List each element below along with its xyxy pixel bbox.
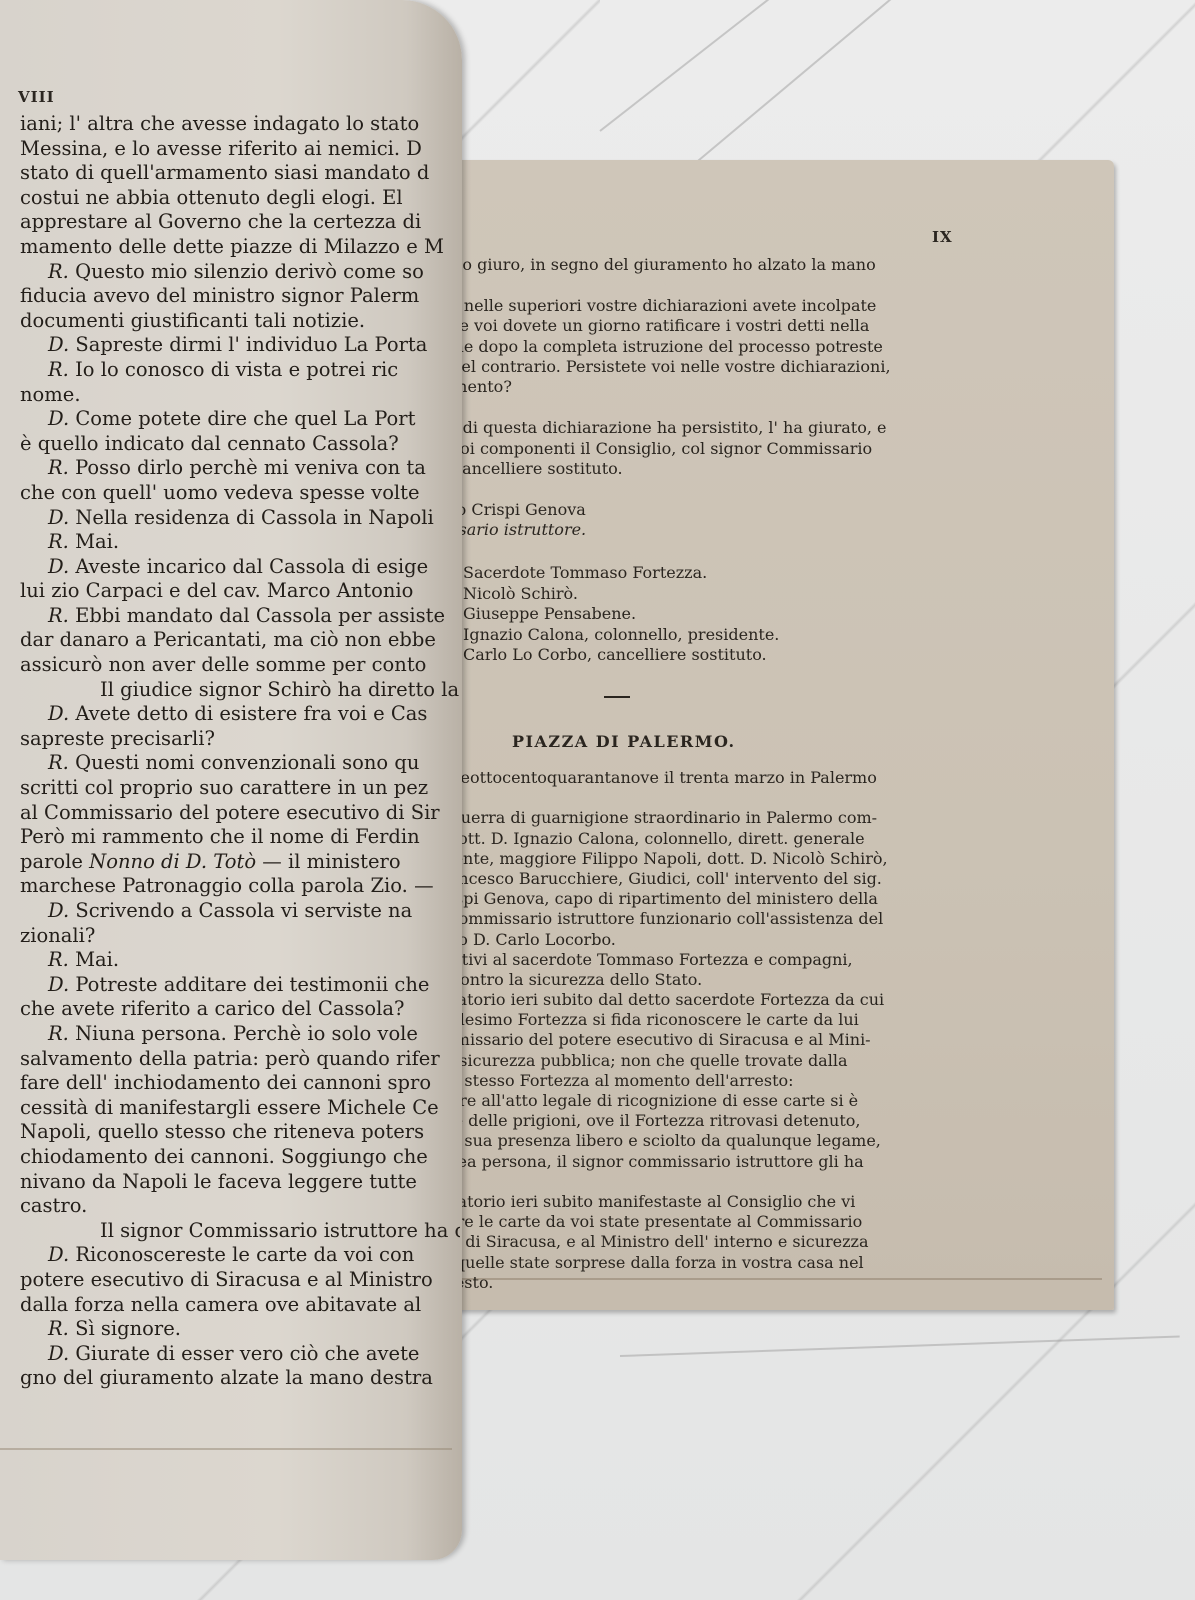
text-line: alla sua presenza libero e sciolto da qu… (430, 1131, 950, 1151)
text-line: castro. (20, 1194, 460, 1219)
page-number-left: VIII (18, 88, 55, 106)
section-heading: PIAZZA DI PALERMO. (512, 732, 736, 751)
signature-list: Sacerdote Tommaso Fortezza.Nicolò Schirò… (463, 563, 779, 666)
text-line: è quello indicato dal cennato Cassola? (20, 432, 460, 457)
text-line: ri dott. D. Ignazio Calona, colonnello, … (430, 829, 950, 849)
text-line: D. Potreste additare dei testimonii che (20, 973, 460, 998)
text-line: Messina, e lo avesse riferito ai nemici.… (20, 137, 460, 162)
text-line: D. Come potete dire che quel La Port (20, 407, 460, 432)
page-edge (0, 1448, 452, 1450)
text-line: R. Questi nomi convenzionali sono qu (20, 751, 460, 776)
text-line: D. Sapreste dirmi l' individuo La Porta (20, 333, 460, 358)
text-line: R. Mai. (20, 948, 460, 973)
text-line: al Commissario del potere esecutivo di S… (20, 801, 460, 826)
text-line (430, 788, 950, 808)
text-line: D. Scrivendo a Cassola vi serviste na (20, 899, 460, 924)
text-line: stato di quell'armamento siasi mandato d (20, 161, 460, 186)
right-page-text-block-1: re, lo giuro, in segno del giuramento ho… (430, 255, 950, 540)
text-line: ol Cancelliere sostituto. (430, 459, 950, 479)
text-line: rogatorio ieri subito manifestaste al Co… (430, 1192, 950, 1212)
right-page-text-block-2: milleottocentoquarantanove il trenta mar… (430, 768, 950, 1293)
text-line: Il signor Commissario istruttore ha di (20, 1219, 460, 1244)
text-line: medesimo Fortezza si fida riconoscere le… (430, 1010, 950, 1030)
section-divider (604, 696, 630, 698)
text-line: esco Crispi Genova (430, 500, 950, 520)
text-line: D. Riconoscereste le carte da voi con (20, 1243, 460, 1268)
text-line: Ignazio Calona, colonnello, presidente. (463, 625, 779, 646)
text-line: assicurò non aver delle somme per conto (20, 653, 460, 678)
text-line: che con quell' uomo vedeva spesse volte (20, 481, 460, 506)
text-line: relativi al sacerdote Tommaso Fortezza e… (430, 950, 950, 970)
text-line: dalla forza nella camera ove abitavate a… (20, 1293, 460, 1318)
text-line: arresto. (430, 1273, 950, 1293)
text-line: costui ne abbia ottenuto degli elogi. El (20, 186, 460, 211)
text-line: to del contrario. Persistete voi nelle v… (430, 357, 950, 377)
text-line: cessità di manifestargli essere Michele … (20, 1096, 460, 1121)
text-line: re. (430, 398, 950, 418)
text-line: he quelle state sorprese dalla forza in … (430, 1253, 950, 1273)
text-line: missario istruttore. (430, 520, 950, 540)
text-line: , che voi dovete un giorno ratificare i … (430, 316, 950, 336)
text-line: Carlo Lo Corbo, cancelliere sostituto. (463, 645, 779, 666)
text-line: potere esecutivo di Siracusa e al Minist… (20, 1268, 460, 1293)
text-line: ca e delle prigioni, ove il Fortezza rit… (430, 1111, 950, 1131)
text-line: Giuseppe Pensabene. (463, 604, 779, 625)
text-line: Però mi rammento che il nome di Ferdin (20, 825, 460, 850)
text-line: nome. (20, 383, 460, 408)
text-line: ello stesso Fortezza al momento dell'arr… (430, 1071, 950, 1091)
text-line: sidente, maggiore Filippo Napoli, dott. … (430, 849, 950, 869)
text-line: ommissario del potere esecutivo di Sirac… (430, 1030, 950, 1050)
text-line: zionali? (20, 924, 460, 949)
text-line: D. Avete detto di esistere fra voi e Cas (20, 702, 460, 727)
text-line: D. Nella residenza di Cassola in Napoli (20, 506, 460, 531)
text-line: gno del giuramento alzate la mano destra (20, 1366, 460, 1391)
text-line: tivo di Siracusa, e al Ministro dell' in… (430, 1232, 950, 1252)
text-line: Il giudice signor Schirò ha diretto la (20, 678, 460, 703)
text-line: nte (430, 1172, 950, 1192)
text-line: R. Posso dirlo perchè mi veniva con ta (20, 456, 460, 481)
text-line: che avete riferito a carico del Cassola? (20, 997, 460, 1022)
text-line: mamento delle dette piazze di Milazzo e … (20, 235, 460, 260)
text-line (430, 275, 950, 295)
text-line: chiodamento dei cannoni. Soggiungo che (20, 1145, 460, 1170)
text-line: D. Aveste incarico dal Cassola di esige (20, 555, 460, 580)
text-line: di guerra di guarnigione straordinario i… (430, 808, 950, 828)
text-line (430, 479, 950, 499)
left-page-text: iani; l' altra che avesse indagato lo st… (20, 112, 460, 1391)
text-line: R. Mai. (20, 530, 460, 555)
text-line: scere le carte da voi state presentate a… (430, 1212, 950, 1232)
text-line: ituto D. Carlo Locorbo. (430, 930, 950, 950)
text-line: dar danaro a Pericantati, ma ciò non ebb… (20, 628, 460, 653)
text-line: a, commissario istruttore funzionario co… (430, 909, 950, 929)
text-line: scritti col proprio suo carattere in un … (20, 776, 460, 801)
text-line: iani; l' altra che avesse indagato lo st… (20, 112, 460, 137)
text-line: rogatorio ieri subito dal detto sacerdot… (430, 990, 950, 1010)
text-line: nivano da Napoli le faceva leggere tutte (20, 1170, 460, 1195)
text-line: documenti giustificanti tali notizie. (20, 309, 460, 334)
text-line: apprestare al Governo che la certezza di (20, 210, 460, 235)
text-line: R. Ebbi mandato dal Cassola per assiste (20, 604, 460, 629)
text-line: fare dell' inchiodamento dei cannoni spr… (20, 1071, 460, 1096)
text-line: Nicolò Schirò. (463, 584, 779, 605)
text-line: R. Io lo conosco di vista e potrei ric (20, 358, 460, 383)
text-line: parole Nonno di D. Totò — il ministero (20, 850, 460, 875)
text-line: R. Questo mio silenzio derivò come so (20, 260, 460, 285)
text-line: Napoli, quello stesso che riteneva poter… (20, 1120, 460, 1145)
text-line: R. Sì signore. (20, 1317, 460, 1342)
text-line: milleottocentoquarantanove il trenta mar… (430, 768, 950, 788)
text-line: che nelle superiori vostre dichiarazioni… (430, 296, 950, 316)
text-line: to contro la sicurezza dello Stato. (430, 970, 950, 990)
text-line: fiducia avevo del ministro signor Palerm (20, 284, 460, 309)
text-line: o e sicurezza pubblica; non che quelle t… (430, 1051, 950, 1071)
text-line: to coi componenti il Consiglio, col sign… (430, 439, 950, 459)
text-line: marchese Patronaggio colla parola Zio. — (20, 874, 460, 899)
text-line: Francesco Barucchiere, Giudici, coll' in… (430, 869, 950, 889)
text-line: D. Giurate di esser vero ciò che avete (20, 1342, 460, 1367)
text-line: lui zio Carpaci e del cav. Marco Antonio (20, 579, 460, 604)
text-line: ranea persona, il signor commissario ist… (430, 1152, 950, 1172)
page-number-right: IX (932, 228, 953, 246)
text-line: R. Niuna persona. Perchè io solo vole (20, 1022, 460, 1047)
text-line: iramento? (430, 377, 950, 397)
text-line: Crispi Genova, capo di ripartimento del … (430, 889, 950, 909)
text-line: salvamento della patria: però quando rif… (20, 1047, 460, 1072)
text-line: ura di questa dichiarazione ha persistit… (430, 418, 950, 438)
text-line: re, lo giuro, in segno del giuramento ho… (430, 255, 950, 275)
text-line: e che dopo la completa istruzione del pr… (430, 337, 950, 357)
text-line: Sacerdote Tommaso Fortezza. (463, 563, 779, 584)
text-line: edere all'atto legale di ricognizione di… (430, 1091, 950, 1111)
text-line: sapreste precisarli? (20, 727, 460, 752)
